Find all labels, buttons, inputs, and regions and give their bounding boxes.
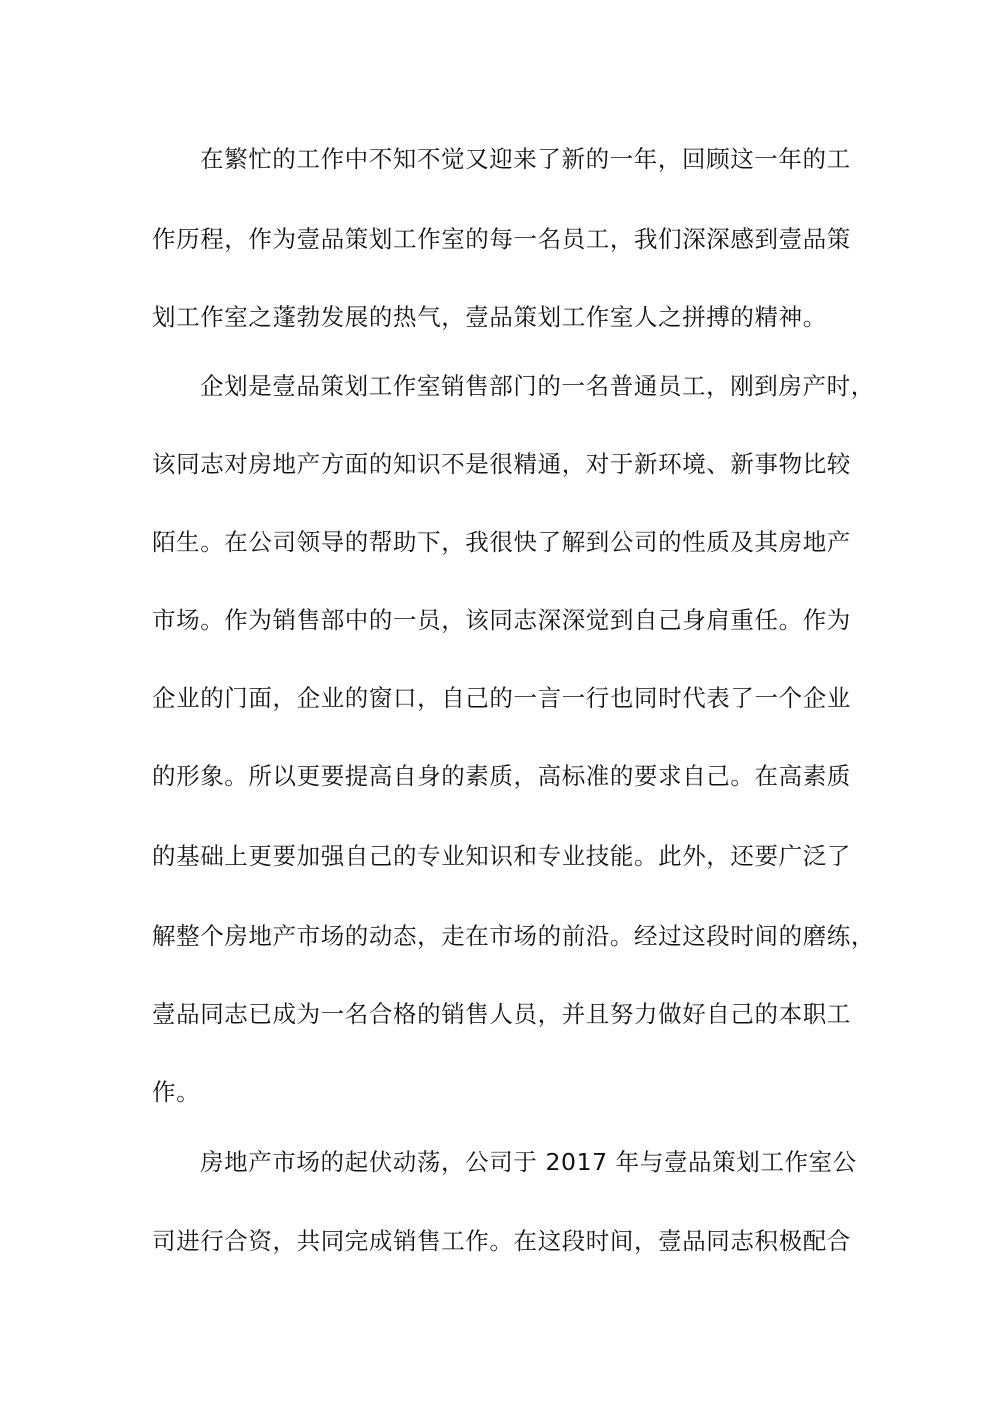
text-line: 壹品同志已成为一名合格的销售人员，并且努力做好自己的本职工 — [152, 999, 851, 1029]
text-line: 作。 — [152, 1077, 200, 1107]
text-line: 司进行合资，共同完成销售工作。在这段时间，壹品同志积极配合 — [152, 1226, 851, 1256]
text-line: 企划是壹品策划工作室销售部门的一名普通员工，刚到房产时， — [200, 371, 875, 401]
text-line: 解整个房地产市场的动态，走在市场的前沿。经过这段时间的磨练， — [152, 921, 875, 951]
text-line: 的基础上更要加强自己的专业知识和专业技能。此外，还要广泛了 — [152, 841, 851, 871]
text-line: 的形象。所以更要提高自身的素质，高标准的要求自己。在高素质 — [152, 761, 851, 791]
text-line: 企业的门面，企业的窗口，自己的一言一行也同时代表了一个企业 — [152, 683, 851, 713]
text-line: 该同志对房地产方面的知识不是很精通，对于新环境、新事物比较 — [152, 449, 851, 479]
text-line: 在繁忙的工作中不知不觉又迎来了新的一年，回顾这一年的工 — [200, 144, 851, 174]
text-line: 市场。作为销售部中的一员，该同志深深觉到自己身肩重任。作为 — [152, 605, 851, 635]
text-line: 作历程，作为壹品策划工作室的每一名员工，我们深深感到壹品策 — [152, 224, 851, 254]
text-line: 划工作室之蓬勃发展的热气，壹品策划工作室人之拼搏的精神。 — [152, 302, 827, 332]
document-page: 在繁忙的工作中不知不觉又迎来了新的一年，回顾这一年的工 作历程，作为壹品策划工作… — [0, 0, 1000, 1415]
text-line: 房地产市场的起伏动荡，公司于 2017 年与壹品策划工作室公 — [200, 1147, 857, 1177]
text-line: 陌生。在公司领导的帮助下，我很快了解到公司的性质及其房地产 — [152, 527, 851, 557]
